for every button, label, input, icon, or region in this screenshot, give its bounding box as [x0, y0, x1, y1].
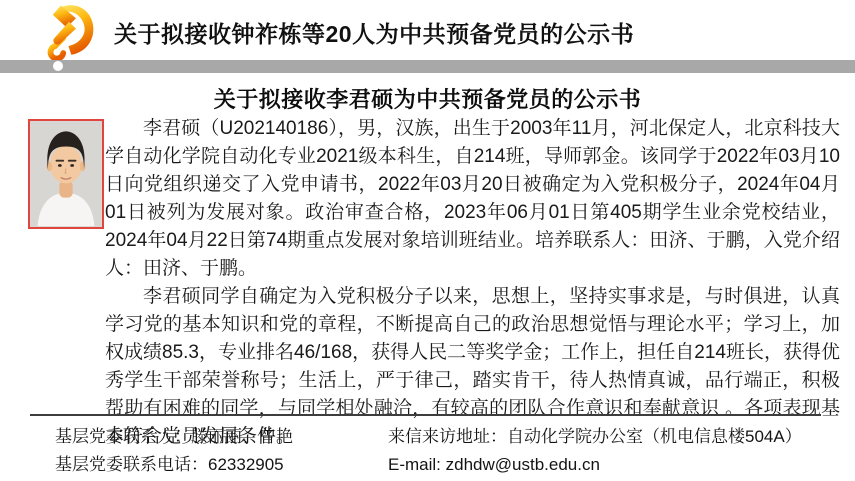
visit-address: 来信来访地址：自动化学院办公室（机电信息楼504A）	[388, 423, 802, 451]
page-root: 关于拟接收钟祚栋等20人为中共预备党员的公示书 关于拟接收李君硕为中共预备党员的…	[0, 0, 855, 481]
contact-email: E-mail: zdhdw@ustb.edu.cn	[388, 451, 802, 479]
header-title: 关于拟接收钟祚栋等20人为中共预备党员的公示书	[114, 16, 634, 49]
applicant-photo	[28, 119, 104, 229]
paragraph-bio: 李君硕（U202140186），男，汉族，出生于2003年11月，河北保定人，北…	[105, 115, 840, 283]
document-title: 关于拟接收李君硕为中共预备党员的公示书	[0, 83, 855, 114]
footer-contact-left: 基层党委联系人：滕丽丽、曾艳 基层党委联系电话：62332905	[55, 423, 293, 479]
footer-divider	[30, 414, 821, 416]
committee-contact-person: 基层党委联系人：滕丽丽、曾艳	[55, 423, 293, 451]
footer-contact-right: 来信来访地址：自动化学院办公室（机电信息楼504A） E-mail: zdhdw…	[388, 423, 802, 479]
slide-progress-bar[interactable]	[0, 60, 855, 73]
applicant-photo-image	[30, 121, 102, 227]
progress-handle-dot[interactable]	[53, 61, 63, 71]
header: 关于拟接收钟祚栋等20人为中共预备党员的公示书	[0, 0, 855, 60]
party-emblem-icon	[36, 2, 102, 60]
notice-body: 李君硕（U202140186），男，汉族，出生于2003年11月，河北保定人，北…	[105, 115, 840, 451]
committee-contact-phone: 基层党委联系电话：62332905	[55, 451, 293, 479]
